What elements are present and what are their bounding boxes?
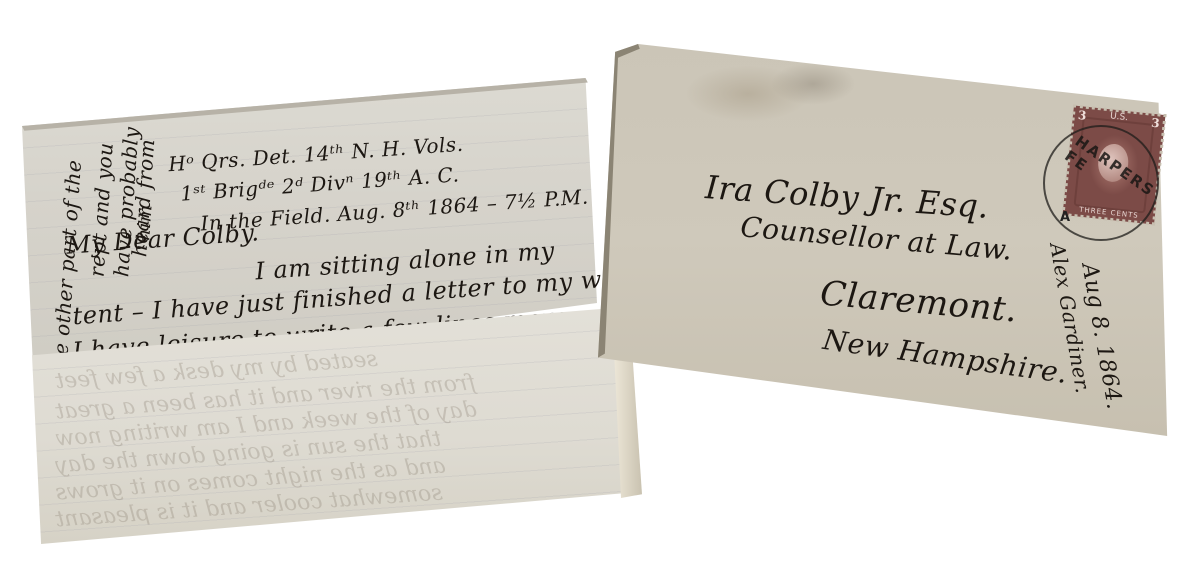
postmark-date-letter: A [1060, 210, 1070, 225]
crosswritten-line: him [133, 200, 157, 241]
stamp-denomination: 3 [1151, 116, 1161, 131]
